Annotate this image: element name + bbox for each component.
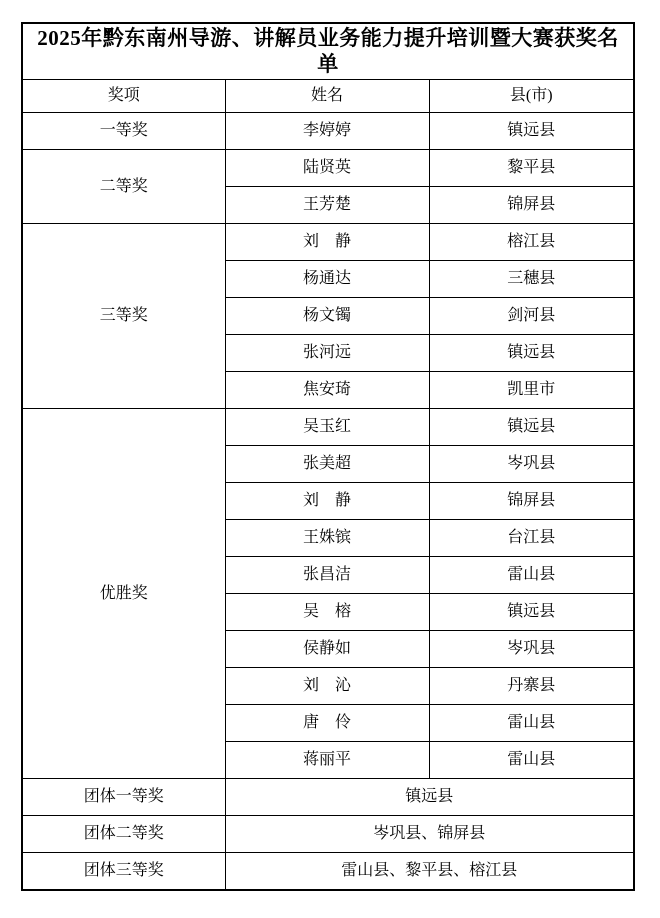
- county-cell: 榕江县: [429, 224, 634, 261]
- county-cell: 丹寨县: [429, 668, 634, 705]
- name-cell: 张美超: [225, 446, 429, 483]
- team-counties-cell: 岑巩县、锦屏县: [225, 816, 634, 853]
- name-cell: 杨通达: [225, 261, 429, 298]
- table-row: 团体三等奖 雷山县、黎平县、榕江县: [22, 853, 634, 891]
- table-row: 优胜奖 吴玉红 镇远县: [22, 409, 634, 446]
- name-cell: 李婷婷: [225, 113, 429, 150]
- award-cell-team-second-prize: 团体二等奖: [22, 816, 225, 853]
- award-cell-team-third-prize: 团体三等奖: [22, 853, 225, 891]
- name-cell: 侯静如: [225, 631, 429, 668]
- header-award: 奖项: [22, 80, 225, 113]
- name-cell: 焦安琦: [225, 372, 429, 409]
- name-cell: 张昌洁: [225, 557, 429, 594]
- document-page: 2025年黔东南州导游、讲解员业务能力提升培训暨大赛获奖名单 奖项 姓名 县(市…: [0, 0, 660, 918]
- award-cell-first-prize: 一等奖: [22, 113, 225, 150]
- header-county: 县(市): [429, 80, 634, 113]
- county-cell: 雷山县: [429, 705, 634, 742]
- name-cell: 张河远: [225, 335, 429, 372]
- county-cell: 镇远县: [429, 594, 634, 631]
- county-cell: 岑巩县: [429, 446, 634, 483]
- award-cell-team-first-prize: 团体一等奖: [22, 779, 225, 816]
- awards-table: 2025年黔东南州导游、讲解员业务能力提升培训暨大赛获奖名单 奖项 姓名 县(市…: [21, 22, 635, 891]
- name-cell: 王芳楚: [225, 187, 429, 224]
- table-row: 团体二等奖 岑巩县、锦屏县: [22, 816, 634, 853]
- award-cell-third-prize: 三等奖: [22, 224, 225, 409]
- table-row: 团体一等奖 镇远县: [22, 779, 634, 816]
- name-cell: 王姝镔: [225, 520, 429, 557]
- team-counties-cell: 镇远县: [225, 779, 634, 816]
- county-cell: 雷山县: [429, 742, 634, 779]
- name-cell: 刘 沁: [225, 668, 429, 705]
- table-row: 三等奖 刘 静 榕江县: [22, 224, 634, 261]
- county-cell: 锦屏县: [429, 483, 634, 520]
- name-cell: 刘 静: [225, 224, 429, 261]
- name-cell: 吴 榕: [225, 594, 429, 631]
- county-cell: 镇远县: [429, 113, 634, 150]
- county-cell: 三穗县: [429, 261, 634, 298]
- county-cell: 锦屏县: [429, 187, 634, 224]
- team-counties-cell: 雷山县、黎平县、榕江县: [225, 853, 634, 891]
- name-cell: 陆贤英: [225, 150, 429, 187]
- table-row: 一等奖 李婷婷 镇远县: [22, 113, 634, 150]
- table-row: 二等奖 陆贤英 黎平县: [22, 150, 634, 187]
- name-cell: 刘 静: [225, 483, 429, 520]
- header-name: 姓名: [225, 80, 429, 113]
- header-row: 奖项 姓名 县(市): [22, 80, 634, 113]
- county-cell: 黎平县: [429, 150, 634, 187]
- county-cell: 镇远县: [429, 409, 634, 446]
- award-cell-winner-prize: 优胜奖: [22, 409, 225, 779]
- name-cell: 吴玉红: [225, 409, 429, 446]
- name-cell: 杨文镯: [225, 298, 429, 335]
- county-cell: 岑巩县: [429, 631, 634, 668]
- county-cell: 台江县: [429, 520, 634, 557]
- county-cell: 凯里市: [429, 372, 634, 409]
- name-cell: 唐 伶: [225, 705, 429, 742]
- name-cell: 蒋丽平: [225, 742, 429, 779]
- award-cell-second-prize: 二等奖: [22, 150, 225, 224]
- county-cell: 剑河县: [429, 298, 634, 335]
- title-row: 2025年黔东南州导游、讲解员业务能力提升培训暨大赛获奖名单: [22, 23, 634, 80]
- county-cell: 镇远县: [429, 335, 634, 372]
- table-title: 2025年黔东南州导游、讲解员业务能力提升培训暨大赛获奖名单: [22, 23, 634, 80]
- county-cell: 雷山县: [429, 557, 634, 594]
